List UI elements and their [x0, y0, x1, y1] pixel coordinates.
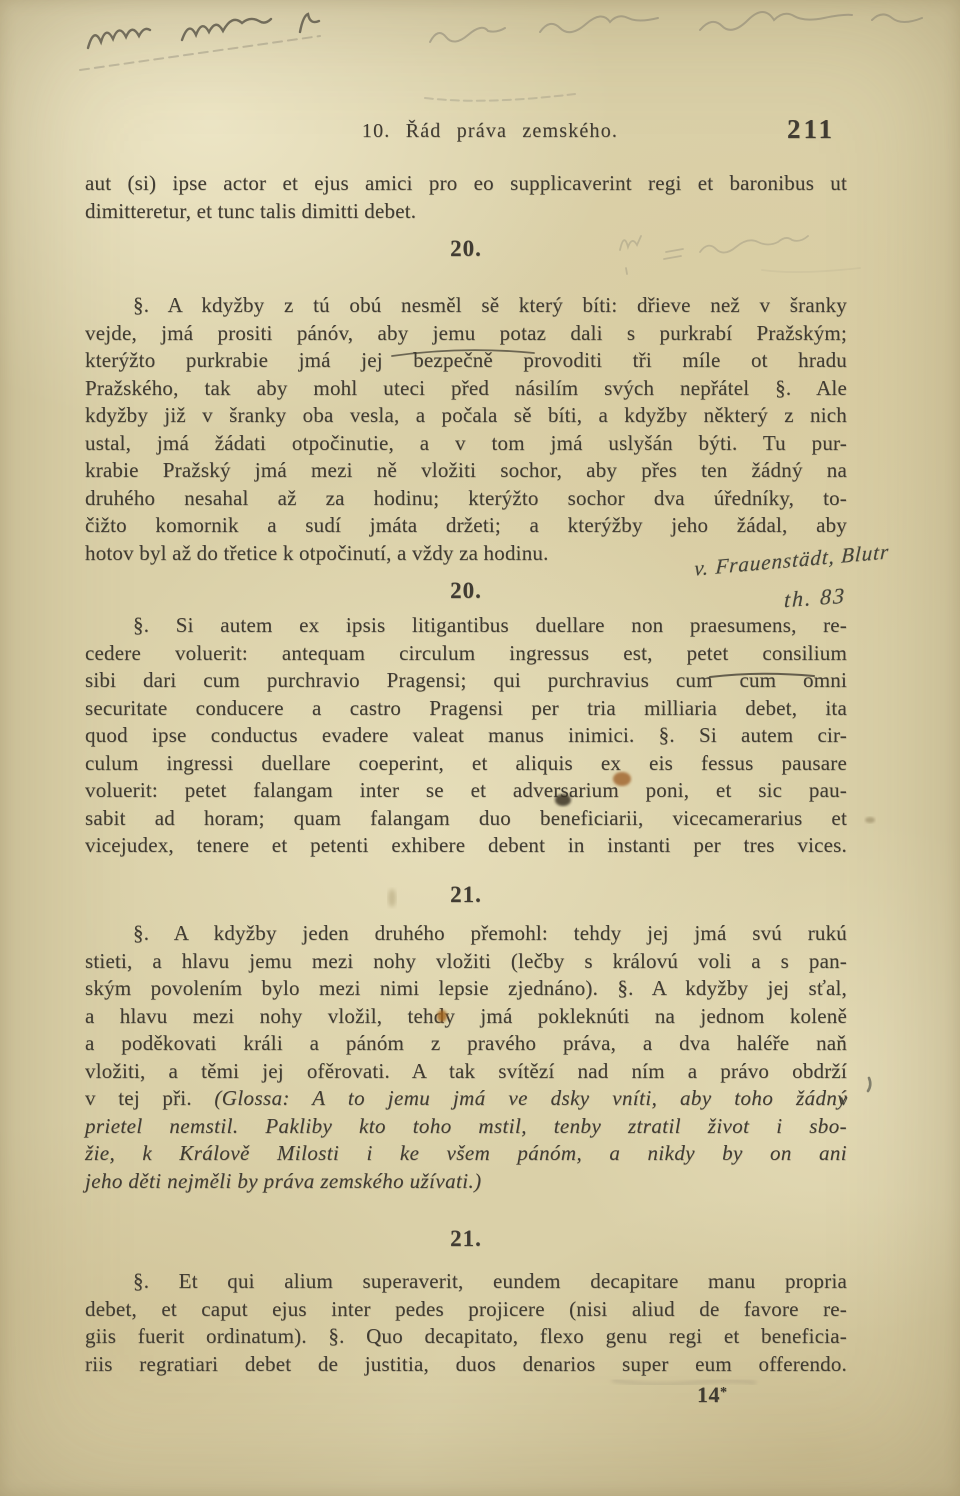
text-line: cedere voluerit: antequam circulum ingre… [85, 640, 847, 668]
text-line: sibi dari cum purchravio Pragensi; qui p… [85, 667, 847, 695]
page-number: 211 [787, 114, 835, 145]
text-line: sabit ad horam; quam falangam duo benefi… [85, 805, 847, 833]
text-line: dimitteretur, et tunc talis dimitti debe… [85, 198, 847, 226]
margin-checkmark: v [839, 1090, 849, 1111]
margin-tick-stroke [868, 1078, 870, 1091]
text-line: žie, k Králově Milosti i ke všem pánóm, … [85, 1140, 847, 1168]
text-line: vejde, jmá prositi pánóv, aby jemu potaz… [85, 320, 847, 348]
section-20-czech-paragraph: §. A kdyžby z tú obú nesměl sě který bít… [85, 292, 847, 567]
section-heading-20-czech: 20. [85, 236, 847, 262]
handwritten-scribble-top-faint [80, 12, 922, 101]
text-line: kdyžby již v šranky oba vesla, a počala … [85, 402, 847, 430]
text-line: stieti, a hlavu jemu mezi nohy vložiti (… [85, 948, 847, 976]
text-line: riis regratiari debet de justitia, duos … [85, 1351, 847, 1379]
footer-smudge [612, 1380, 756, 1384]
text-line: debet, et caput ejus inter pedes projice… [85, 1296, 847, 1324]
text-line: jeho děti nejměli by práva zemského užív… [85, 1168, 847, 1196]
text-line: voluerit: petet falangam inter se et adv… [85, 777, 847, 805]
intro-paragraph: aut (si) ipse actor et ejus amici pro eo… [85, 170, 847, 225]
section-heading-20-latin: 20. [85, 578, 847, 604]
running-header-title: 10. Řád práva zemského. [130, 120, 850, 143]
text-line: a poděkovati králi a pánóm z pravého prá… [85, 1030, 847, 1058]
text-line: aut (si) ipse actor et ejus amici pro eo… [85, 170, 847, 198]
text-line: §. Si autem ex ipsis litigantibus duella… [85, 612, 847, 640]
text-line: §. Et qui alium superaverit, eundem deca… [85, 1268, 847, 1296]
handwritten-scribble-top [88, 14, 319, 48]
section-20-latin-paragraph: §. Si autem ex ipsis litigantibus duella… [85, 612, 847, 860]
text-line: ským povolením bylo mezi nimi lepsie zje… [85, 975, 847, 1003]
text-line: kterýžto purkrabie jmá jej bezpečně prov… [85, 347, 847, 375]
margin-note-shelfmark: th. 83 [784, 583, 847, 613]
text-line: v tej při. (Glossa: A to jemu jmá ve dsk… [85, 1085, 847, 1113]
text-line: §. A kdyžby jeden druhého přemohl: tehdy… [85, 920, 847, 948]
text-line: quod ipse conductus evadere valeat manus… [85, 722, 847, 750]
text-line: a hlavu mezi nohy vložil, tehdy jmá pokl… [85, 1003, 847, 1031]
text-line: giis fuerit ordinatum). §. Quo decapitat… [85, 1323, 847, 1351]
margin-speck [865, 817, 875, 823]
section-heading-21-czech: 21. [85, 882, 847, 908]
text-line: Pražského, tak aby mohl uteci před násil… [85, 375, 847, 403]
section-21-czech-paragraph: §. A kdyžby jeden druhého přemohl: tehdy… [85, 920, 847, 1195]
scanned-book-page: 10. Řád práva zemského. 211 aut (si) ips… [0, 0, 960, 1496]
section-21-latin-paragraph: §. Et qui alium superaverit, eundem deca… [85, 1268, 847, 1378]
text-line: druhého nesahal až za hodinu; kterýžto s… [85, 485, 847, 513]
text-line: ustal, jmá žádati otpočinutie, a v tom j… [85, 430, 847, 458]
text-line: krabie Pražský jmá mezi ně vložiti socho… [85, 457, 847, 485]
text-line: §. A kdyžby z tú obú nesměl sě který bít… [85, 292, 847, 320]
text-line: vicejudex, tenere et petenti exhibere de… [85, 832, 847, 860]
text-line: culum ingressi duellare coeperint, et al… [85, 750, 847, 778]
text-line: securitate conducere a castro Pragensi p… [85, 695, 847, 723]
text-line: prietel nemstil. Pakliby kto toho mstil,… [85, 1113, 847, 1141]
signature-mark: 14* [697, 1382, 728, 1408]
text-line: vložiti, a těmi jej ofěrovati. A tak sví… [85, 1058, 847, 1086]
section-heading-21-latin: 21. [85, 1226, 847, 1252]
text-line: čižto komornik a sudí jmáta držeti; a kt… [85, 512, 847, 540]
